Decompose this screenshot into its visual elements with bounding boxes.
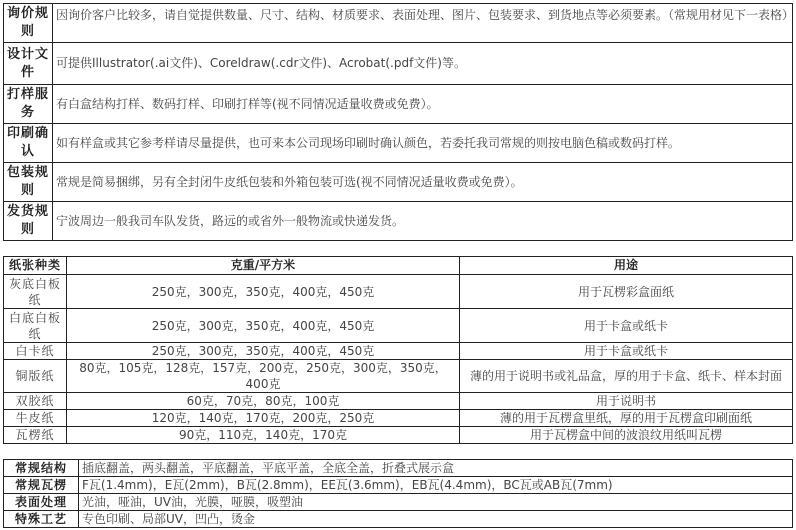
paper-usage: 用于瓦楞彩盒面纸 (460, 275, 793, 309)
paper-usage: 用于说明书 (460, 393, 793, 410)
paper-usage: 薄的用于瓦楞盒里纸，厚的用于瓦楞盒印刷面纸 (460, 410, 793, 427)
paper-row: 灰底白板纸 250克，300克，350克，400克，450克 用于瓦楞彩盒面纸 (4, 275, 793, 309)
paper-weights: 90克，110克，140克，170克 (67, 427, 460, 444)
process-label: 特殊工艺 (4, 511, 79, 528)
rules-row-shipping: 发货规则 宁波周边一般我司车队发货，路远的或省外一般物流或快递发货。 (4, 202, 793, 241)
paper-row: 瓦楞纸 90克，110克，140克，170克 用于瓦楞盒中间的波浪纹用纸叫瓦楞 (4, 427, 793, 444)
paper-row: 牛皮纸 120克，140克，170克，200克，250克 薄的用于瓦楞盒里纸，厚… (4, 410, 793, 427)
paper-weights: 80克，105克，128克，157克，200克，250克，300克，350克，4… (67, 360, 460, 393)
rules-text: 因询价客户比较多，请自觉提供数量、尺寸、结构、材质要求、表面处理、图片、包装要求… (53, 4, 793, 43)
process-row-special: 特殊工艺 专色印刷、局部UV，凹凸，烫金 (4, 511, 793, 528)
paper-weights: 250克，300克，350克，400克，450克 (67, 275, 460, 309)
process-label: 常规结构 (4, 460, 79, 477)
rules-row-design-files: 设计文件 可提供Illustrator(.ai文件)、Coreldraw(.cd… (4, 43, 793, 85)
rules-text: 宁波周边一般我司车队发货，路远的或省外一般物流或快递发货。 (53, 202, 793, 241)
paper-weights: 250克，300克，350克，400克，450克 (67, 309, 460, 343)
paper-row: 白底白板纸 250克，300克，350克，400克，450克 用于卡盒或纸卡 (4, 309, 793, 343)
paper-usage: 用于卡盒或纸卡 (460, 343, 793, 360)
rules-table: 询价规则 因询价客户比较多，请自觉提供数量、尺寸、结构、材质要求、表面处理、图片… (3, 3, 793, 241)
paper-weights: 250克，300克，350克，400克，450克 (67, 343, 460, 360)
paper-weights: 120克，140克，170克，200克，250克 (67, 410, 460, 427)
paper-type: 灰底白板纸 (4, 275, 67, 309)
paper-type: 白卡纸 (4, 343, 67, 360)
header-weight: 克重/平方米 (67, 257, 460, 275)
header-usage: 用途 (460, 257, 793, 275)
process-label: 表面处理 (4, 494, 79, 511)
paper-type: 铜版纸 (4, 360, 67, 393)
paper-row: 双胶纸 60克，70克，80克，100克 用于说明书 (4, 393, 793, 410)
rules-text: 可提供Illustrator(.ai文件)、Coreldraw(.cdr文件)、… (53, 43, 793, 85)
rules-row-packaging: 包装规则 常规是简易捆绑，另有全封闭牛皮纸包装和外箱包装可选(视不同情况适量收费… (4, 163, 793, 202)
rules-row-inquiry: 询价规则 因询价客户比较多，请自觉提供数量、尺寸、结构、材质要求、表面处理、图片… (4, 4, 793, 43)
paper-type: 牛皮纸 (4, 410, 67, 427)
paper-usage: 薄的用于说明书或礼品盒，厚的用于卡盒、纸卡、样本封面 (460, 360, 793, 393)
paper-weights: 60克，70克，80克，100克 (67, 393, 460, 410)
paper-type: 瓦楞纸 (4, 427, 67, 444)
process-text: 专色印刷、局部UV，凹凸，烫金 (79, 511, 793, 528)
paper-usage: 用于卡盒或纸卡 (460, 309, 793, 343)
rules-label: 印刷确认 (4, 124, 53, 163)
process-table: 常规结构 插底翻盖，两头翻盖，平底翻盖，平底平盖，全底全盖，折叠式展示盒 常规瓦… (3, 459, 793, 528)
paper-header-row: 纸张种类 克重/平方米 用途 (4, 257, 793, 275)
process-row-corrugated: 常规瓦楞 F瓦(1.4mm)，E瓦(2mm)，B瓦(2.8mm)，EE瓦(3.6… (4, 477, 793, 494)
rules-label: 询价规则 (4, 4, 53, 43)
paper-type: 双胶纸 (4, 393, 67, 410)
rules-label: 打样服务 (4, 85, 53, 124)
paper-type: 白底白板纸 (4, 309, 67, 343)
process-row-surface: 表面处理 光油，哑油，UV油，光膜，哑膜，吸塑油 (4, 494, 793, 511)
paper-table: 纸张种类 克重/平方米 用途 灰底白板纸 250克，300克，350克，400克… (3, 256, 793, 444)
paper-row: 白卡纸 250克，300克，350克，400克，450克 用于卡盒或纸卡 (4, 343, 793, 360)
rules-text: 如有样盒或其它参考样请尽量提供，也可来本公司现场印刷时确认颜色，若委托我司常规的… (53, 124, 793, 163)
process-text: F瓦(1.4mm)，E瓦(2mm)，B瓦(2.8mm)，EE瓦(3.6mm)，E… (79, 477, 793, 494)
process-label: 常规瓦楞 (4, 477, 79, 494)
rules-label: 设计文件 (4, 43, 53, 85)
process-row-structure: 常规结构 插底翻盖，两头翻盖，平底翻盖，平底平盖，全底全盖，折叠式展示盒 (4, 460, 793, 477)
rules-label: 发货规则 (4, 202, 53, 241)
paper-row: 铜版纸 80克，105克，128克，157克，200克，250克，300克，35… (4, 360, 793, 393)
rules-row-print-confirm: 印刷确认 如有样盒或其它参考样请尽量提供，也可来本公司现场印刷时确认颜色，若委托… (4, 124, 793, 163)
rules-text: 有白盒结构打样、数码打样、印刷打样等(视不同情况适量收费或免费）。 (53, 85, 793, 124)
rules-row-proofing: 打样服务 有白盒结构打样、数码打样、印刷打样等(视不同情况适量收费或免费）。 (4, 85, 793, 124)
paper-usage: 用于瓦楞盒中间的波浪纹用纸叫瓦楞 (460, 427, 793, 444)
process-text: 光油，哑油，UV油，光膜，哑膜，吸塑油 (79, 494, 793, 511)
process-text: 插底翻盖，两头翻盖，平底翻盖，平底平盖，全底全盖，折叠式展示盒 (79, 460, 793, 477)
rules-text: 常规是简易捆绑，另有全封闭牛皮纸包装和外箱包装可选(视不同情况适量收费或免费）。 (53, 163, 793, 202)
rules-label: 包装规则 (4, 163, 53, 202)
header-paper-type: 纸张种类 (4, 257, 67, 275)
